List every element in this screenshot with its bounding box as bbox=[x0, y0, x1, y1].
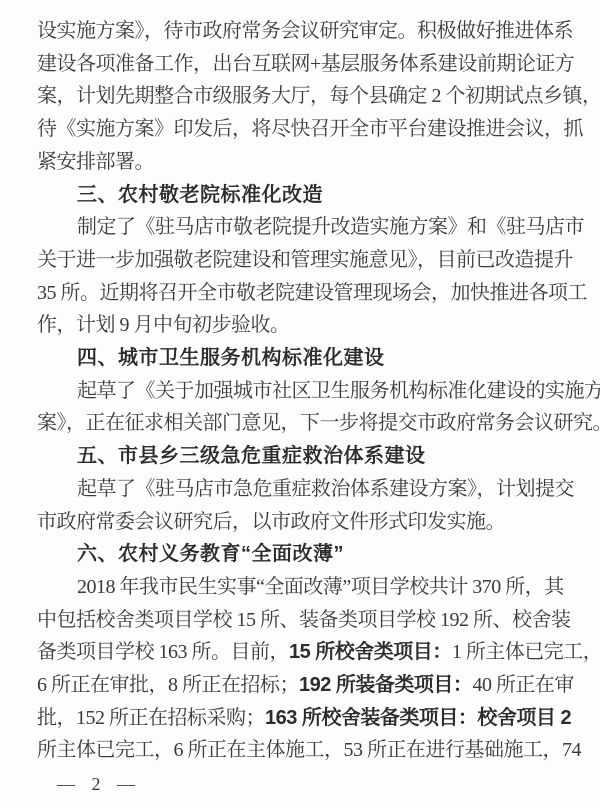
text-line: 六、农村义务教育“全面改薄” bbox=[37, 538, 570, 571]
page-number: — 2 — bbox=[37, 772, 570, 796]
text-segment: 案》，正在征求相关部门意见，下一步将提交市政府常务会议研究。 bbox=[37, 412, 600, 434]
text-line: 备类项目学校 163 所。目前，15 所校舍类项目：1 所主体已完工， bbox=[37, 636, 570, 669]
text-segment: 1 所主体已完工， bbox=[452, 641, 600, 663]
text-line: 作，计划 9 月中旬初步验收。 bbox=[37, 309, 570, 342]
text-segment: 案，计划先期整合市级服务大厅，每个县确定 2 个初期试点乡镇， bbox=[37, 85, 600, 107]
emphasis-text: 三、农村敬老院标准化改造 bbox=[77, 184, 323, 206]
text-line: 起草了《关于加强城市社区卫生服务机构标准化建设的实施方 bbox=[37, 375, 570, 408]
paragraph: 制定了《驻马店市敬老院提升改造实施方案》和《驻马店市关于进一步加强敬老院建设和管… bbox=[37, 211, 570, 342]
text-line: 建设各项准备工作，出台互联网+基层服务体系建设前期论证方 bbox=[37, 48, 570, 81]
text-segment: 制定了《驻马店市敬老院提升改造实施方案》和《驻马店市 bbox=[77, 216, 584, 238]
text-segment: 紧安排部署。 bbox=[37, 151, 154, 173]
text-line: 35 所。近期将召开全市敬老院建设管理现场会，加快推进各项工 bbox=[37, 277, 570, 310]
text-segment: 2018 年我市民生实事“全面改薄”项目学校共计 370 所，其 bbox=[77, 576, 564, 598]
text-line: 关于进一步加强敬老院建设和管理实施意见》，目前已改造提升 bbox=[37, 244, 570, 277]
text-line: 四、城市卫生服务机构标准化建设 bbox=[37, 342, 570, 375]
emphasis-text: 五、市县乡三级急危重症救治体系建设 bbox=[77, 445, 426, 467]
text-line: 设实施方案》，待市政府常务会议研究审定。积极做好推进体系 bbox=[37, 15, 570, 48]
text-segment: 批，152 所正在招标采购； bbox=[37, 707, 265, 729]
paragraph: 设实施方案》，待市政府常务会议研究审定。积极做好推进体系建设各项准备工作，出台互… bbox=[37, 15, 570, 179]
text-segment: 中包括校舍类项目学校 15 所、装备类项目学校 192 所、校舍装 bbox=[37, 609, 571, 631]
text-segment: 作，计划 9 月中旬初步验收。 bbox=[37, 314, 290, 336]
document-body: 设实施方案》，待市政府常务会议研究审定。积极做好推进体系建设各项准备工作，出台互… bbox=[37, 15, 570, 767]
text-segment: 建设各项准备工作，出台互联网+基层服务体系建设前期论证方 bbox=[37, 53, 574, 75]
text-segment: 6 所正在审批，8 所正在招标； bbox=[37, 674, 299, 696]
text-segment: 起草了《关于加强城市社区卫生服务机构标准化建设的实施方 bbox=[77, 380, 600, 402]
text-segment: 所主体已完工，6 所正在主体施工，53 所正在进行基础施工，74 bbox=[37, 739, 581, 761]
emphasis-text: 163 所校舍装备类项目：校舍项目 2 bbox=[265, 707, 571, 729]
text-segment: 35 所。近期将召开全市敬老院建设管理现场会，加快推进各项工 bbox=[37, 282, 587, 304]
text-segment: 备类项目学校 163 所。目前， bbox=[37, 641, 289, 663]
text-line: 三、农村敬老院标准化改造 bbox=[37, 179, 570, 212]
section-heading: 四、城市卫生服务机构标准化建设 bbox=[37, 342, 570, 375]
text-line: 6 所正在审批，8 所正在招标；192 所装备类项目：40 所正在审 bbox=[37, 669, 570, 702]
text-segment: 设实施方案》，待市政府常务会议研究审定。积极做好推进体系 bbox=[37, 20, 573, 42]
text-line: 2018 年我市民生实事“全面改薄”项目学校共计 370 所，其 bbox=[37, 571, 570, 604]
text-segment: 起草了《驻马店市急危重症救治体系建设方案》，计划提交 bbox=[77, 478, 574, 500]
paragraph: 起草了《驻马店市急危重症救治体系建设方案》，计划提交市政府常委会议研究后，以市政… bbox=[37, 473, 570, 538]
emphasis-text: 四、城市卫生服务机构标准化建设 bbox=[77, 347, 385, 369]
text-line: 市政府常委会议研究后，以市政府文件形式印发实施。 bbox=[37, 506, 570, 539]
text-line: 待《实施方案》印发后，将尽快召开全市平台建设推进会议，抓 bbox=[37, 113, 570, 146]
text-segment: 市政府常委会议研究后，以市政府文件形式印发实施。 bbox=[37, 511, 505, 533]
emphasis-text: 192 所装备类项目： bbox=[299, 674, 472, 696]
text-line: 中包括校舍类项目学校 15 所、装备类项目学校 192 所、校舍装 bbox=[37, 604, 570, 637]
text-line: 所主体已完工，6 所正在主体施工，53 所正在进行基础施工，74 bbox=[37, 734, 570, 767]
text-line: 紧安排部署。 bbox=[37, 146, 570, 179]
text-line: 案，计划先期整合市级服务大厅，每个县确定 2 个初期试点乡镇， bbox=[37, 80, 570, 113]
text-line: 案》，正在征求相关部门意见，下一步将提交市政府常务会议研究。 bbox=[37, 407, 570, 440]
emphasis-text: 15 所校舍类项目： bbox=[289, 641, 452, 663]
document-page: 设实施方案》，待市政府常务会议研究审定。积极做好推进体系建设各项准备工作，出台互… bbox=[0, 0, 600, 806]
text-segment: 关于进一步加强敬老院建设和管理实施意见》，目前已改造提升 bbox=[37, 249, 573, 271]
emphasis-text: 六、农村义务教育“全面改薄” bbox=[77, 543, 344, 565]
text-line: 批，152 所正在招标采购；163 所校舍装备类项目：校舍项目 2 bbox=[37, 702, 570, 735]
text-line: 五、市县乡三级急危重症救治体系建设 bbox=[37, 440, 570, 473]
text-line: 起草了《驻马店市急危重症救治体系建设方案》，计划提交 bbox=[37, 473, 570, 506]
text-segment: 40 所正在审 bbox=[472, 674, 574, 696]
paragraph: 2018 年我市民生实事“全面改薄”项目学校共计 370 所，其中包括校舍类项目… bbox=[37, 571, 570, 767]
paragraph: 起草了《关于加强城市社区卫生服务机构标准化建设的实施方案》，正在征求相关部门意见… bbox=[37, 375, 570, 440]
section-heading: 六、农村义务教育“全面改薄” bbox=[37, 538, 570, 571]
section-heading: 五、市县乡三级急危重症救治体系建设 bbox=[37, 440, 570, 473]
text-line: 制定了《驻马店市敬老院提升改造实施方案》和《驻马店市 bbox=[37, 211, 570, 244]
text-segment: 待《实施方案》印发后，将尽快召开全市平台建设推进会议，抓 bbox=[37, 118, 583, 140]
section-heading: 三、农村敬老院标准化改造 bbox=[37, 179, 570, 212]
